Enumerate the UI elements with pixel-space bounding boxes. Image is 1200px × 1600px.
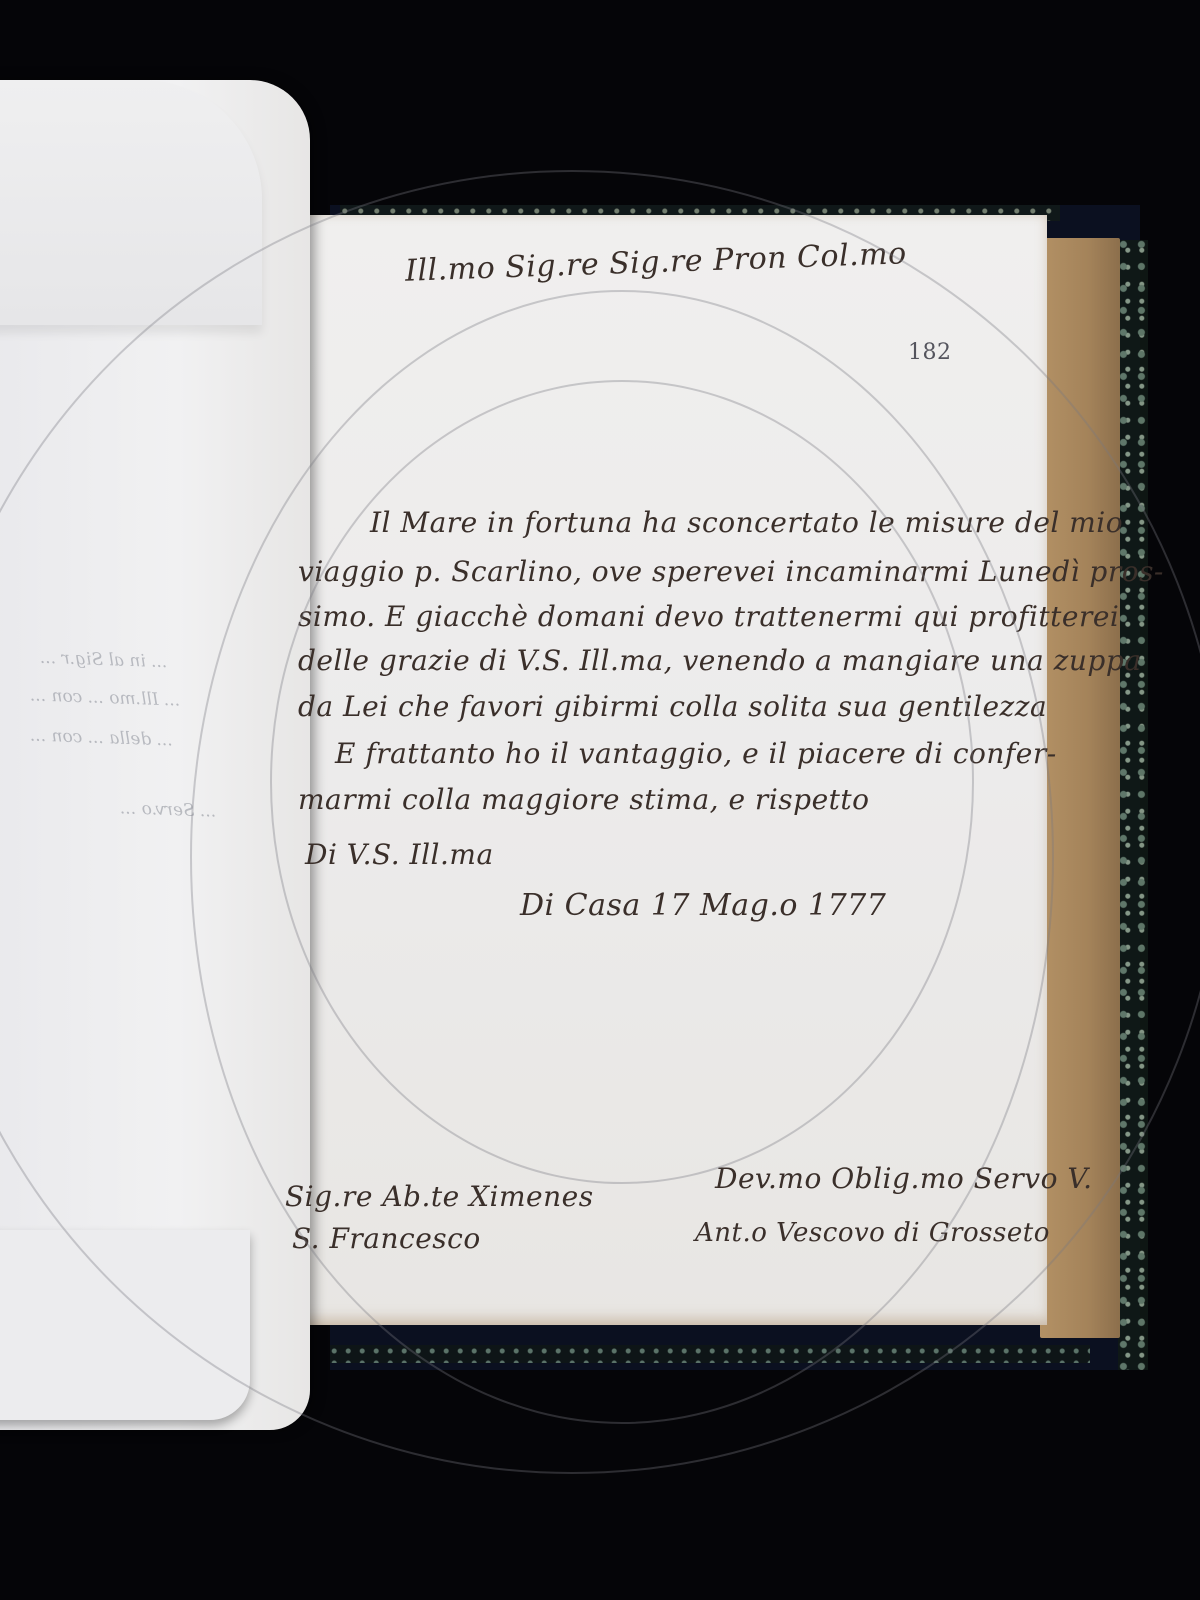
letter-body-line: marmi colla maggiore stima, e rispetto xyxy=(298,783,870,816)
left-page-bottom xyxy=(0,1230,250,1420)
signature-name: Ant.o Vescovo di Grosseto xyxy=(695,1218,1050,1248)
letter-body-line: simo. E giacchè domani devo trattenermi … xyxy=(298,600,1119,633)
marbled-edge-right xyxy=(1118,240,1148,1370)
bleed-through-line: ... Serv.o ... xyxy=(120,798,217,821)
letter-body-line: E frattanto ho il vantaggio, e il piacer… xyxy=(335,737,1057,770)
letter-body-line: viaggio p. Scarlino, ove sperevei incami… xyxy=(298,555,1164,588)
letter-body-line: delle grazie di V.S. Ill.ma, venendo a m… xyxy=(298,644,1141,677)
manuscript-photo: ... in al Sig.r ... ... Ill.mo ... con .… xyxy=(0,0,1200,1600)
manuscript-page xyxy=(292,215,1047,1325)
letter-body-line: Il Mare in fortuna ha sconcertato le mis… xyxy=(370,506,1123,539)
left-page-flap xyxy=(0,80,262,325)
addressee-name: Sig.re Ab.te Ximenes xyxy=(285,1180,594,1213)
marbled-edge-bottom xyxy=(330,1345,1090,1363)
letter-body-line: da Lei che favori gibirmi colla solita s… xyxy=(298,690,1047,723)
addressee-place: S. Francesco xyxy=(292,1222,481,1255)
folio-number: 182 xyxy=(908,340,952,365)
signature-formula: Dev.mo Oblig.mo Servo V. xyxy=(715,1162,1093,1195)
closing-formula: Di V.S. Ill.ma xyxy=(305,838,494,871)
date-line: Di Casa 17 Mag.o 1777 xyxy=(520,888,886,923)
